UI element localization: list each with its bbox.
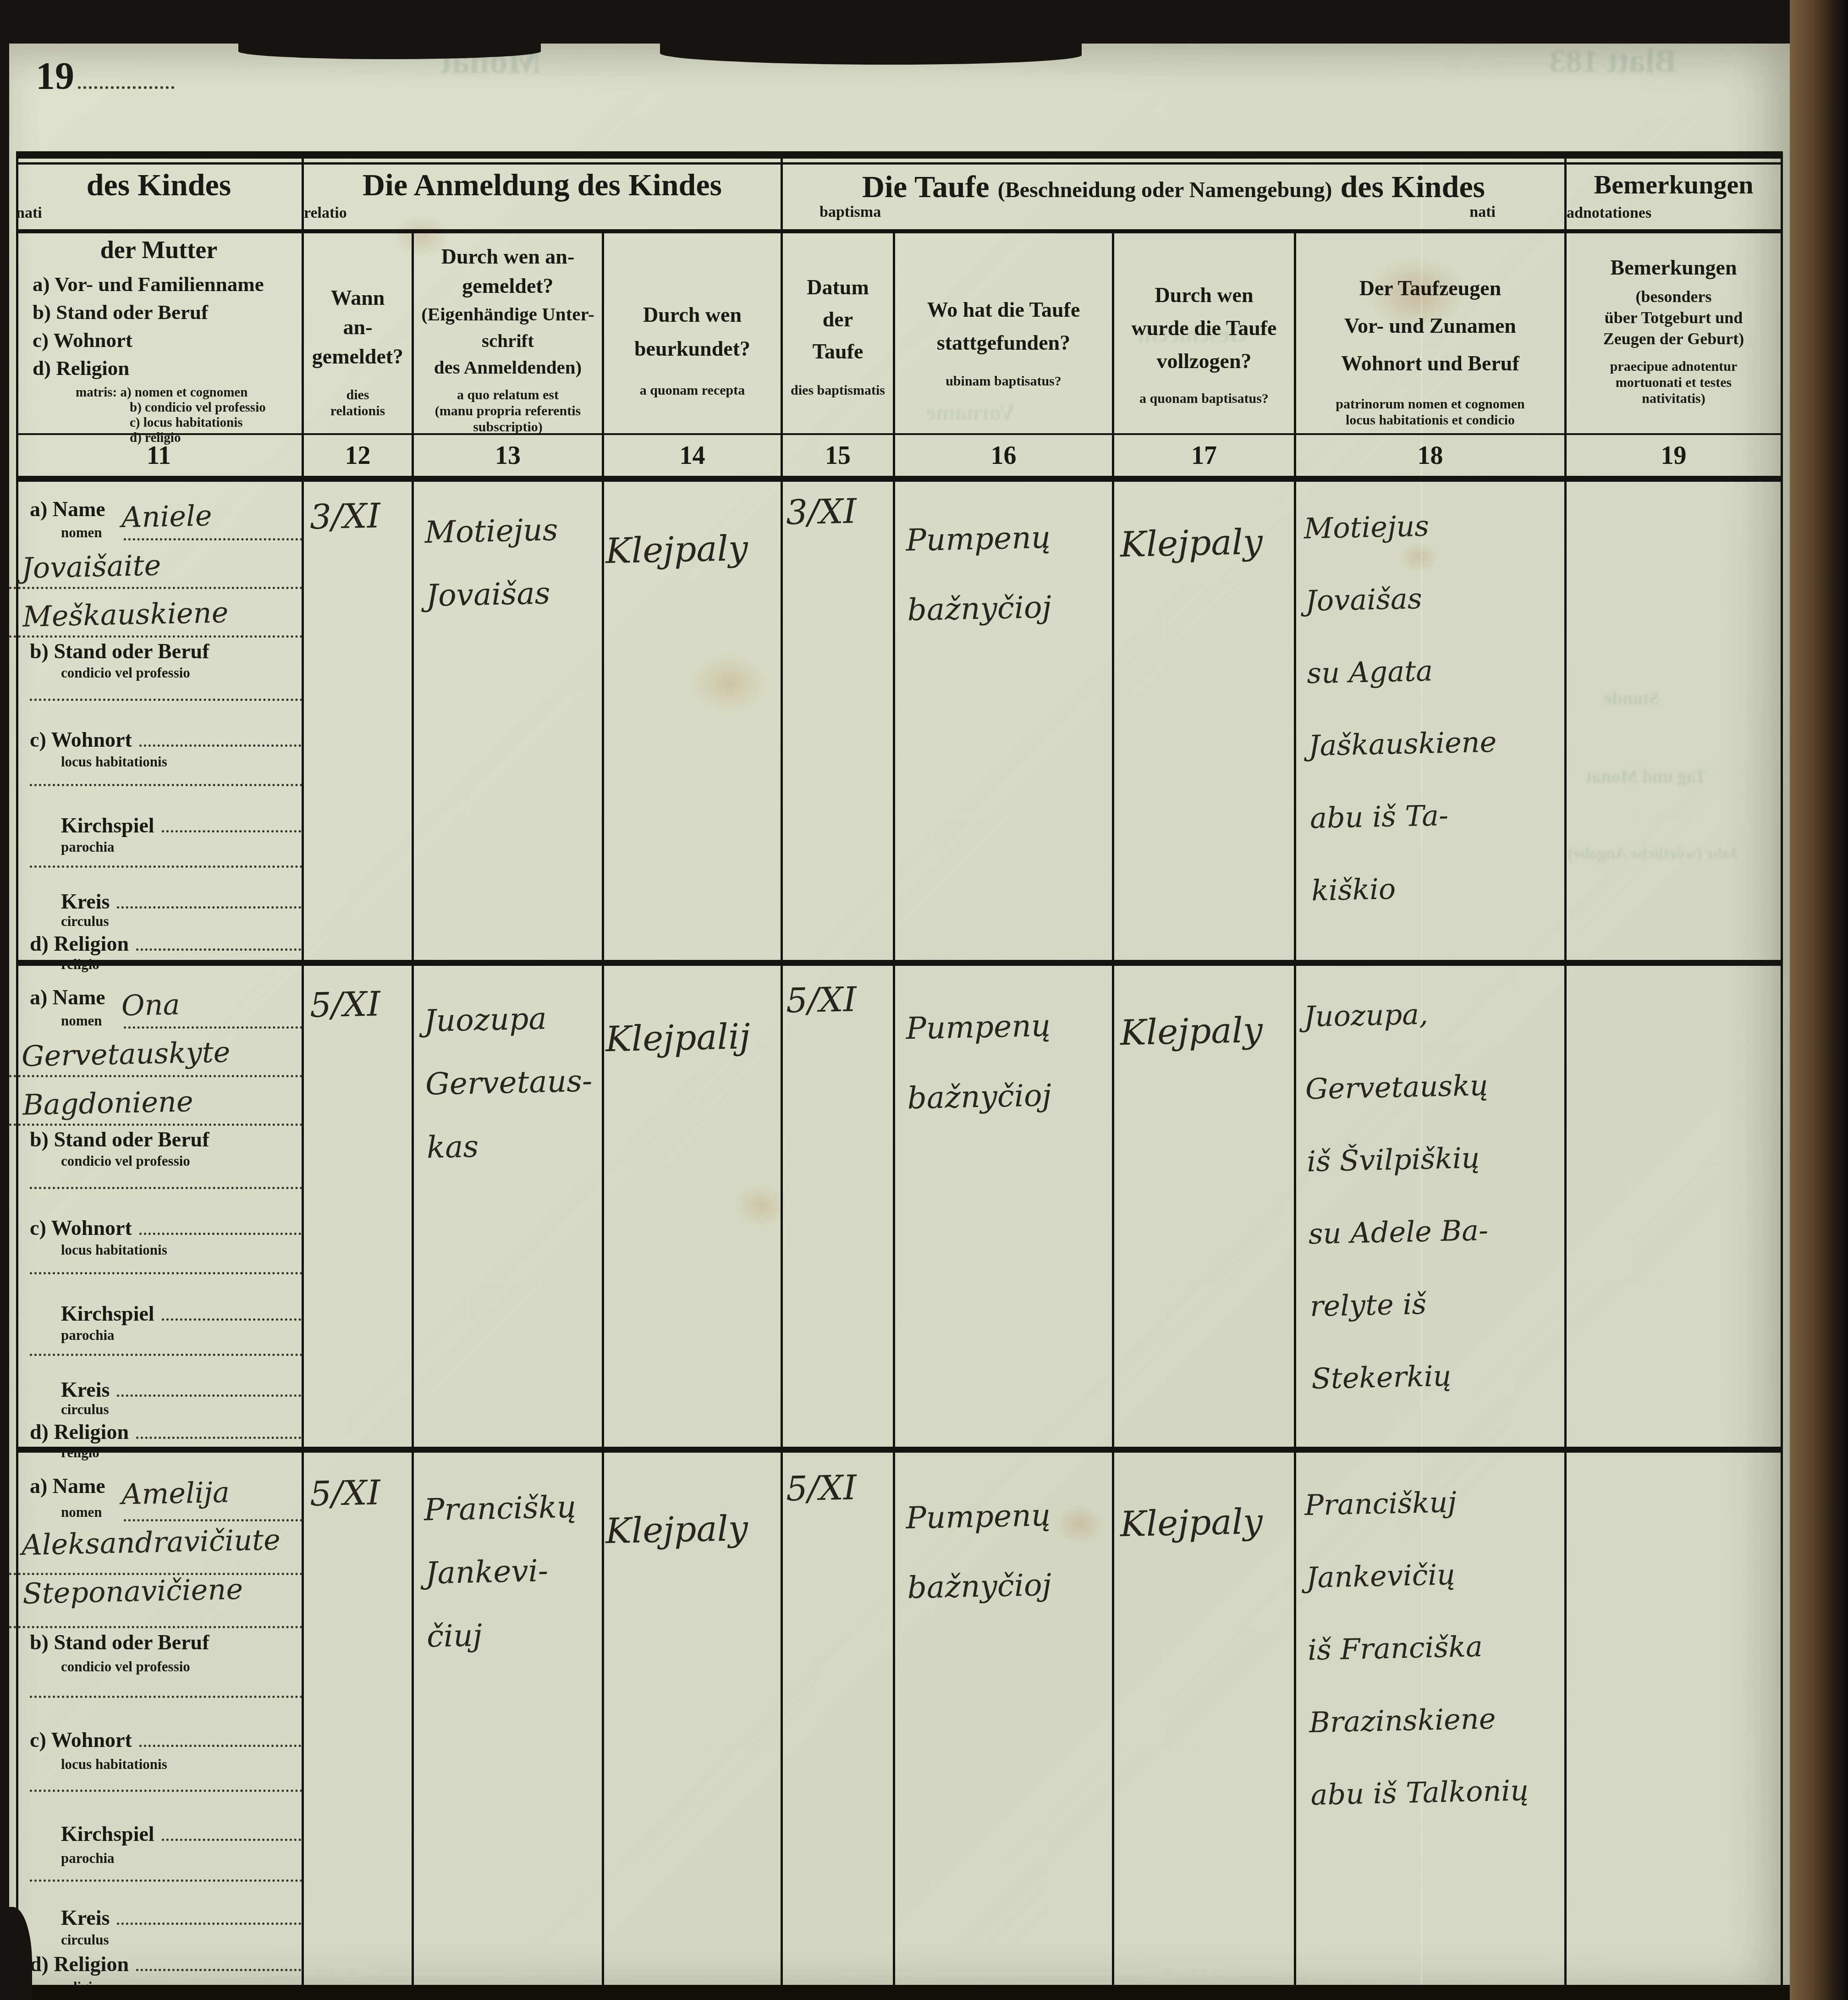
scan-edge-bottom — [0, 1985, 1848, 2000]
handwritten-date: 5/XI — [309, 1473, 381, 1514]
certified-by-cell: Klejpaly — [603, 478, 781, 960]
field-latin: condicio vel professio — [61, 665, 190, 681]
handwritten-place: Pumpenųbažnyčioj — [905, 1481, 1053, 1623]
reported-by-cell: MotiejusJovaišas — [412, 478, 603, 960]
header-text: (besondersüber Totgeburt undZeugen der G… — [1567, 286, 1781, 349]
header-text: Bemerkungen — [1567, 253, 1781, 282]
handwritten-reporter: MotiejusJovaišas — [424, 498, 560, 628]
column-header-15: DatumderTaufe dies baptismatis — [783, 229, 893, 435]
field-label-stand: b) Stand oder Beruf — [30, 1127, 209, 1152]
column-header-16: Wo hat die Taufestattgefunden? ubinam ba… — [895, 229, 1112, 435]
record-row-1: a) Name nomen AnieleJovaišaiteMeškauskie… — [16, 478, 1783, 960]
column-number-14: 14 — [604, 436, 781, 480]
handwritten-godparents: Juozupa,Gervetauskųiš Švilpiškiųsu Adele… — [1303, 977, 1495, 1415]
remarks-cell — [1565, 966, 1783, 1447]
header-text: Wo hat die Taufestattgefunden? — [895, 293, 1112, 359]
dotted-leader — [162, 1318, 301, 1321]
handwritten-mother-name: OnaGervetauskyteBagdoniene — [20, 979, 232, 1129]
scan-edge-top — [0, 0, 1848, 44]
field-latin: locus habitationis — [61, 754, 167, 770]
remarks-cell — [1565, 478, 1783, 960]
header-text: des Kindes — [1341, 170, 1485, 204]
dotted-rule — [30, 1354, 302, 1356]
column-header-14: Durch wenbeurkundet? a quonam recepta — [604, 229, 781, 435]
header-des-kindes: des Kindes nati — [16, 158, 302, 229]
field-label-wohnort: c) Wohnort — [30, 727, 301, 752]
dotted-leader — [136, 1437, 301, 1439]
baptism-date-cell: 5/XI — [781, 966, 894, 1447]
column-number-16: 16 — [895, 436, 1112, 480]
field-latin: parochia — [61, 839, 115, 855]
book-binding-edge — [1790, 0, 1848, 2000]
field-latin: circulus — [61, 1401, 109, 1418]
column-number-11: 11 — [16, 436, 302, 480]
reported-by-cell: PranciškųJankevi-čiuj — [412, 1453, 603, 1989]
field-label-religion: d) Religion — [30, 1952, 301, 1976]
baptized-by-cell: Klejpaly — [1113, 1453, 1295, 1989]
godparents-cell: PranciškujJankevičiųiš FranciškaBrazinsk… — [1295, 1453, 1565, 1989]
baptized-by-cell: Klejpaly — [1113, 966, 1295, 1447]
field-latin: circulus — [61, 1932, 109, 1948]
field-latin: locus habitationis — [61, 1242, 167, 1258]
dotted-rule — [30, 1696, 302, 1698]
field-label-kreis: Kreis — [61, 1377, 301, 1402]
row-separator — [16, 960, 1783, 966]
certified-by-cell: Klejpalij — [603, 966, 781, 1447]
field-label-kirchspiel: Kirchspiel — [61, 1301, 301, 1326]
header-latin: patrinorum nomen et cognomenlocus habita… — [1296, 396, 1564, 428]
header-latin: nati — [1469, 204, 1496, 221]
record-row-2: a) Name nomen OnaGervetauskyteBagdoniene… — [16, 966, 1783, 1447]
header-latin: a quonam recepta — [604, 382, 781, 398]
reported-by-cell: JuozupaGervetaus-kas — [412, 966, 603, 1447]
baptism-place-cell: Pumpenųbažnyčioj — [894, 966, 1113, 1447]
remarks-cell — [1565, 1453, 1783, 1989]
header-text: Der TaufzeugenVor- und ZunamenWohnort un… — [1296, 270, 1564, 382]
field-latin: circulus — [61, 913, 109, 930]
dotted-rule — [30, 1187, 302, 1189]
handwritten-date: 3/XI — [309, 496, 381, 537]
header-latin: praecipue adnotenturmortuonati et testes… — [1567, 358, 1781, 407]
certified-by-cell: Klejpaly — [603, 1453, 781, 1989]
handwritten-mother-name: AmelijaAleksandravičiuteSteponavičiene — [20, 1467, 282, 1619]
handwritten-godparents: PranciškujJankevičiųiš FranciškaBrazinsk… — [1304, 1465, 1529, 1831]
field-latin: parochia — [61, 1327, 115, 1344]
field-label-stand: b) Stand oder Beruf — [30, 1630, 209, 1654]
header-latin: relatio — [304, 204, 347, 222]
header-latin: adnotationes — [1567, 204, 1651, 222]
bleedthrough-text: Blatt 183 — [1549, 42, 1677, 80]
dotted-leader — [117, 1923, 301, 1925]
dotted-rule — [30, 1272, 302, 1274]
dotted-rule — [9, 1626, 302, 1628]
handwritten-godparents: MotiejusJovaišassu AgataJaškauskieneabu … — [1303, 489, 1500, 927]
header-text: Durch wenwurde die Taufevollzogen? — [1114, 279, 1294, 378]
column-header-18: Der TaufzeugenVor- und ZunamenWohnort un… — [1296, 229, 1564, 435]
header-taufe: Die Taufe (Beschneidung oder Namengebung… — [783, 158, 1564, 229]
dotted-leader — [136, 1969, 301, 1971]
header-text: Durch wen an-gemeldet? — [414, 242, 602, 301]
column-header-19: Bemerkungen (besondersüber Totgeburt und… — [1567, 229, 1781, 435]
column-number-12: 12 — [304, 436, 412, 480]
header-text: Durch wenbeurkundet? — [604, 298, 781, 366]
header-latin: dies baptismatis — [783, 382, 893, 398]
godparents-cell: Juozupa,Gervetauskųiš Švilpiškiųsu Adele… — [1295, 966, 1565, 1447]
header-latin: a quonam baptisatus? — [1114, 391, 1294, 407]
field-label-kreis: Kreis — [61, 1906, 301, 1930]
column-header-12: Wannan-gemeldet? diesrelationis — [304, 229, 412, 435]
baptism-date-cell: 5/XI — [781, 1453, 894, 1989]
column-number-15: 15 — [783, 436, 893, 480]
header-text: DatumderTaufe — [783, 271, 893, 368]
dotted-leader — [162, 1839, 301, 1841]
field-latin: condicio vel professio — [61, 1658, 190, 1675]
header-text: (Eigenhändige Unter-schriftdes Anmeldend… — [414, 301, 602, 380]
header-text: Die Taufe — [862, 170, 990, 204]
dotted-leader — [117, 906, 301, 909]
column-number-18: 18 — [1296, 436, 1564, 480]
header-anmeldung: Die Anmeldung des Kindes relatio — [304, 158, 781, 229]
column-header-11: der Mutter a) Vor- und Familiennameb) St… — [16, 229, 302, 435]
handwritten-reporter: PranciškųJankevi-čiuj — [423, 1475, 580, 1668]
field-label-stand: b) Stand oder Beruf — [30, 639, 209, 663]
baptism-date-cell: 3/XI — [781, 478, 894, 960]
dotted-rule — [30, 865, 302, 868]
header-latin: a quo relatum est(manu propria referenti… — [414, 387, 602, 435]
page-number: 19 — [36, 54, 174, 99]
column-number-13: 13 — [414, 436, 602, 480]
header-latin: diesrelationis — [304, 387, 412, 419]
torn-paper-edge — [238, 44, 541, 59]
reported-date-cell: 5/XI — [302, 1453, 412, 1989]
dotted-leader — [136, 948, 301, 951]
register-table: des Kindes nati Die Anmeldung des Kindes… — [16, 151, 1783, 1989]
dotted-leader — [139, 1745, 301, 1747]
field-label-religion: d) Religion — [30, 1420, 301, 1444]
dotted-rule — [30, 1879, 302, 1882]
baptism-place-cell: Pumpenųbažnyčioj — [894, 1453, 1113, 1989]
header-item-list: a) Vor- und Familiennameb) Stand oder Be… — [16, 270, 302, 382]
column-header-13: Durch wen an-gemeldet? (Eigenhändige Unt… — [414, 229, 602, 435]
reported-date-cell: 3/XI — [302, 478, 412, 960]
baptized-by-cell: Klejpaly — [1113, 478, 1295, 960]
reported-date-cell: 5/XI — [302, 966, 412, 1447]
field-latin: locus habitationis — [61, 1756, 167, 1773]
field-latin: condicio vel professio — [61, 1153, 190, 1169]
field-latin: parochia — [61, 1850, 115, 1867]
header-bemerkungen: Bemerkungen adnotationes — [1567, 158, 1781, 229]
header-text: Wannan-gemeldet? — [304, 283, 412, 371]
dotted-rule — [30, 784, 302, 786]
dotted-rule — [78, 60, 174, 89]
header-text: Die Anmeldung des Kindes — [304, 168, 781, 202]
dotted-rule — [30, 1790, 302, 1792]
dotted-leader — [117, 1394, 301, 1397]
header-text: Bemerkungen — [1567, 168, 1781, 202]
handwritten-place: Pumpenųbažnyčioj — [905, 991, 1053, 1134]
field-label-kreis: Kreis — [61, 889, 301, 914]
handwritten-date: 5/XI — [786, 980, 857, 1020]
handwritten-certifier: Klejpaly — [605, 528, 748, 571]
header-text: der Mutter — [16, 236, 302, 264]
godparents-cell: MotiejusJovaišassu AgataJaškauskieneabu … — [1295, 478, 1565, 960]
scanned-register-page: Monat Blatt 183 Geschlecht Vorname Stund… — [0, 0, 1848, 2000]
row-separator — [16, 1447, 1783, 1453]
record-row-3: a) Name nomen AmelijaAleksandravičiuteSt… — [16, 1453, 1783, 1989]
handwritten-mother-name: AnieleJovaišaiteMeškauskiene — [20, 491, 229, 641]
handwritten-baptizer: Klejpaly — [1120, 521, 1263, 565]
field-label-wohnort: c) Wohnort — [30, 1216, 301, 1240]
baptism-place-cell: Pumpenųbažnyčioj — [894, 478, 1113, 960]
column-number-19: 19 — [1567, 436, 1781, 480]
header-latin: ubinam baptisatus? — [895, 373, 1112, 389]
handwritten-baptizer: Klejpaly — [1120, 1501, 1263, 1544]
header-text: des Kindes — [16, 168, 302, 202]
mother-cell: a) Name nomen OnaGervetauskyteBagdoniene… — [16, 966, 302, 1447]
handwritten-certifier: Klejpaly — [605, 1508, 748, 1551]
field-label-kirchspiel: Kirchspiel — [61, 813, 301, 837]
dotted-rule — [30, 699, 302, 701]
dotted-leader — [139, 744, 301, 747]
header-latin: nati — [16, 204, 42, 222]
dotted-leader — [162, 830, 301, 832]
header-text: (Beschneidung oder Namengebung) — [998, 177, 1332, 203]
field-label-kirchspiel: Kirchspiel — [61, 1822, 301, 1846]
handwritten-certifier: Klejpalij — [605, 1016, 751, 1060]
column-header-17: Durch wenwurde die Taufevollzogen? a quo… — [1114, 229, 1294, 435]
scan-edge-left — [0, 44, 9, 2000]
page-number-value: 19 — [36, 55, 74, 98]
dotted-leader — [139, 1233, 301, 1235]
handwritten-date: 5/XI — [786, 1468, 857, 1509]
handwritten-date: 5/XI — [309, 984, 381, 1025]
mother-cell: a) Name nomen AnieleJovaišaiteMeškauskie… — [16, 478, 302, 960]
column-number-17: 17 — [1114, 436, 1294, 480]
handwritten-place: Pumpenųbažnyčioj — [905, 503, 1053, 645]
header-latin: baptisma — [819, 204, 881, 221]
field-label-religion: d) Religion — [30, 931, 301, 956]
handwritten-reporter: JuozupaGervetaus-kas — [423, 986, 594, 1179]
mother-cell: a) Name nomen AmelijaAleksandravičiuteSt… — [16, 1453, 302, 1989]
handwritten-baptizer: Klejpaly — [1120, 1009, 1263, 1053]
field-label-wohnort: c) Wohnort — [30, 1728, 301, 1752]
handwritten-date: 3/XI — [786, 491, 857, 532]
